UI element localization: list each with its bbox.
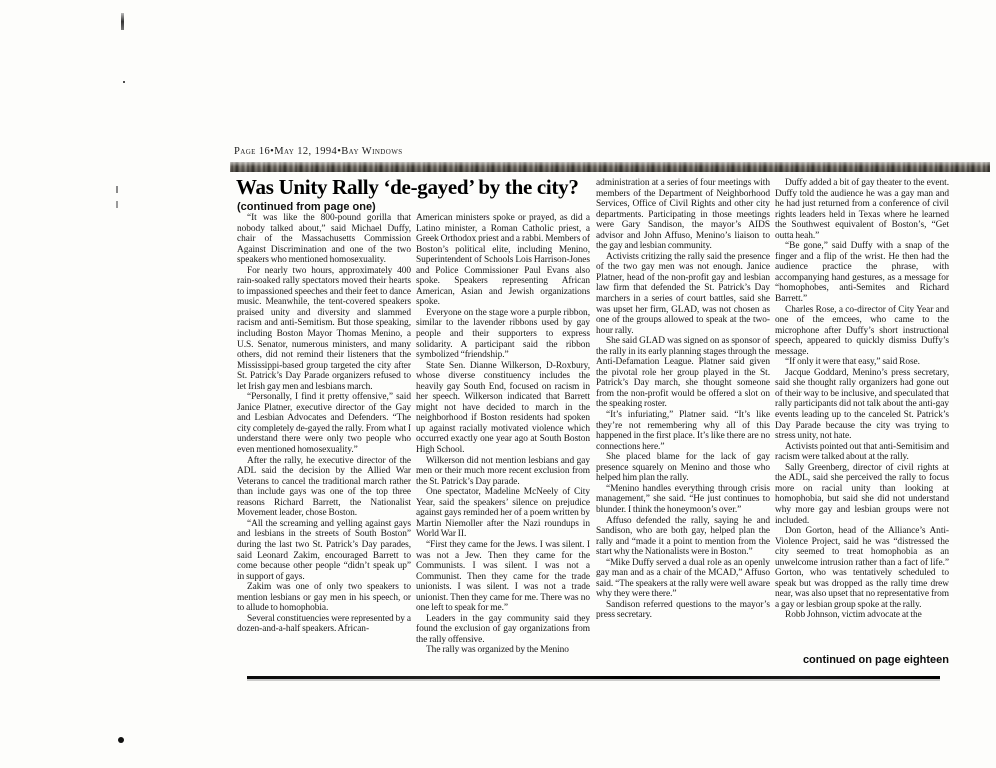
newspaper-page: Page 16•May 12, 1994•Bay Windows Was Uni…: [0, 0, 996, 768]
article-paragraph: “Personally, I find it pretty offensive,…: [237, 392, 411, 455]
article-paragraph: “It was like the 800-pound gorilla that …: [237, 213, 411, 266]
article-paragraph: “Menino handles everything through crisi…: [596, 484, 770, 516]
article-column-1: “It was like the 800-pound gorilla that …: [237, 213, 411, 635]
article-paragraph: Affuso defended the rally, saying he and…: [596, 516, 770, 558]
article-paragraph: Duffy added a bit of gay theater to the …: [775, 178, 949, 241]
article-paragraph: administration at a series of four meeti…: [596, 178, 770, 252]
article-paragraph: Everyone on the stage wore a purple ribb…: [416, 308, 590, 361]
article-paragraph: Sandison referred questions to the mayor…: [596, 600, 770, 621]
article-paragraph: “If only it were that easy,” said Rose.: [775, 357, 949, 368]
scan-artifact-dash: [116, 201, 118, 208]
bottom-rule: [247, 676, 940, 679]
article-paragraph: Wilkerson did not mention lesbians and g…: [416, 456, 590, 488]
article-paragraph: Activists pointed out that anti-Semitisi…: [775, 442, 949, 463]
article-column-2: American ministers spoke or prayed, as d…: [416, 213, 590, 656]
article-paragraph: Don Gorton, head of the Alliance’s Anti-…: [775, 526, 949, 610]
article-paragraph: For nearly two hours, approximately 400 …: [237, 266, 411, 393]
section-divider-band: [230, 162, 990, 172]
article-paragraph: “All the screaming and yelling against g…: [237, 519, 411, 582]
article-paragraph: Charles Rose, a co-director of City Year…: [775, 305, 949, 358]
article-paragraph: “Be gone,” said Duffy with a snap of the…: [775, 241, 949, 304]
scan-artifact-dot: [123, 81, 125, 83]
article-paragraph: “It’s infuriating,” Platner said. “It’s …: [596, 410, 770, 452]
article-paragraph: Activists critizing the rally said the p…: [596, 252, 770, 336]
article-paragraph: Jacque Goddard, Menino’s press secretary…: [775, 368, 949, 442]
article-paragraph: After the rally, he executive director o…: [237, 456, 411, 519]
article-paragraph: “First they came for the Jews. I was sil…: [416, 540, 590, 614]
article-paragraph: Zakim was one of only two speakers to me…: [237, 582, 411, 614]
article-paragraph: Robb Johnson, victim advocate at the: [775, 610, 949, 621]
masthead: Page 16•May 12, 1994•Bay Windows: [234, 146, 403, 157]
article-paragraph: She said GLAD was signed on as sponsor o…: [596, 336, 770, 410]
article-column-4: Duffy added a bit of gay theater to the …: [775, 178, 949, 621]
article-paragraph: State Sen. Dianne Wilkerson, D-Roxbury, …: [416, 361, 590, 456]
article-paragraph: The rally was organized by the Menino: [416, 645, 590, 656]
article-paragraph: Sally Greenberg, director of civil right…: [775, 463, 949, 526]
continued-on-note: continued on page eighteen: [775, 654, 949, 666]
article-paragraph: She placed blame for the lack of gay pre…: [596, 452, 770, 484]
article-column-3: administration at a series of four meeti…: [596, 178, 770, 621]
scan-artifact-bullet: [118, 737, 124, 743]
article-paragraph: Leaders in the gay community said they f…: [416, 614, 590, 646]
continued-from-note: (continued from page one): [237, 201, 376, 213]
article-paragraph: American ministers spoke or prayed, as d…: [416, 213, 590, 308]
article-headline: Was Unity Rally ‘de-gayed’ by the city?: [236, 176, 601, 198]
article-paragraph: Several constituencies were represented …: [237, 614, 411, 635]
article-paragraph: One spectator, Madeline McNeely of City …: [416, 487, 590, 540]
scan-artifact-tick: [121, 13, 124, 30]
scan-artifact-dash: [116, 186, 118, 193]
article-paragraph: “Mike Duffy served a dual role as an ope…: [596, 558, 770, 600]
